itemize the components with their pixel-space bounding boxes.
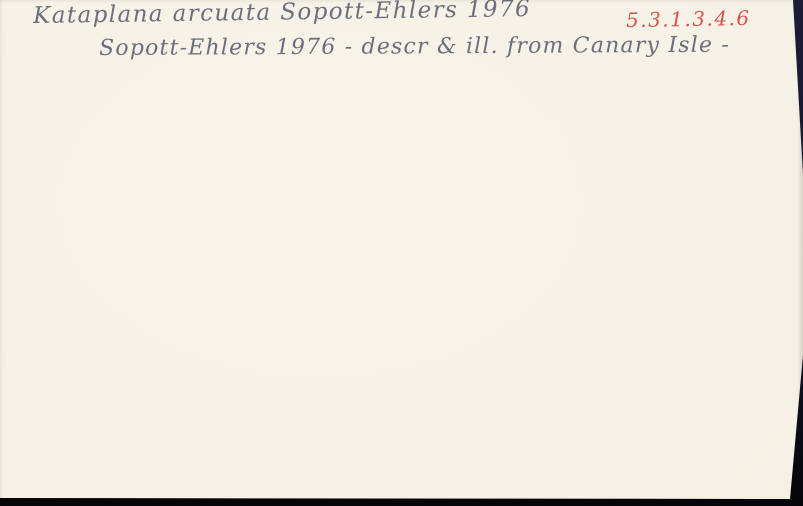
reference-note-handwriting: Sopott-Ehlers 1976 - descr & ill. from C… [99, 33, 730, 61]
catalog-number: 5.3.1.3.4.6 [626, 6, 751, 32]
index-card: Kataplana arcuata Sopott-Ehlers 1976 Sop… [0, 0, 803, 506]
scanned-index-card-photo: Kataplana arcuata Sopott-Ehlers 1976 Sop… [0, 0, 803, 506]
species-title-handwriting: Kataplana arcuata Sopott-Ehlers 1976 [33, 0, 531, 29]
